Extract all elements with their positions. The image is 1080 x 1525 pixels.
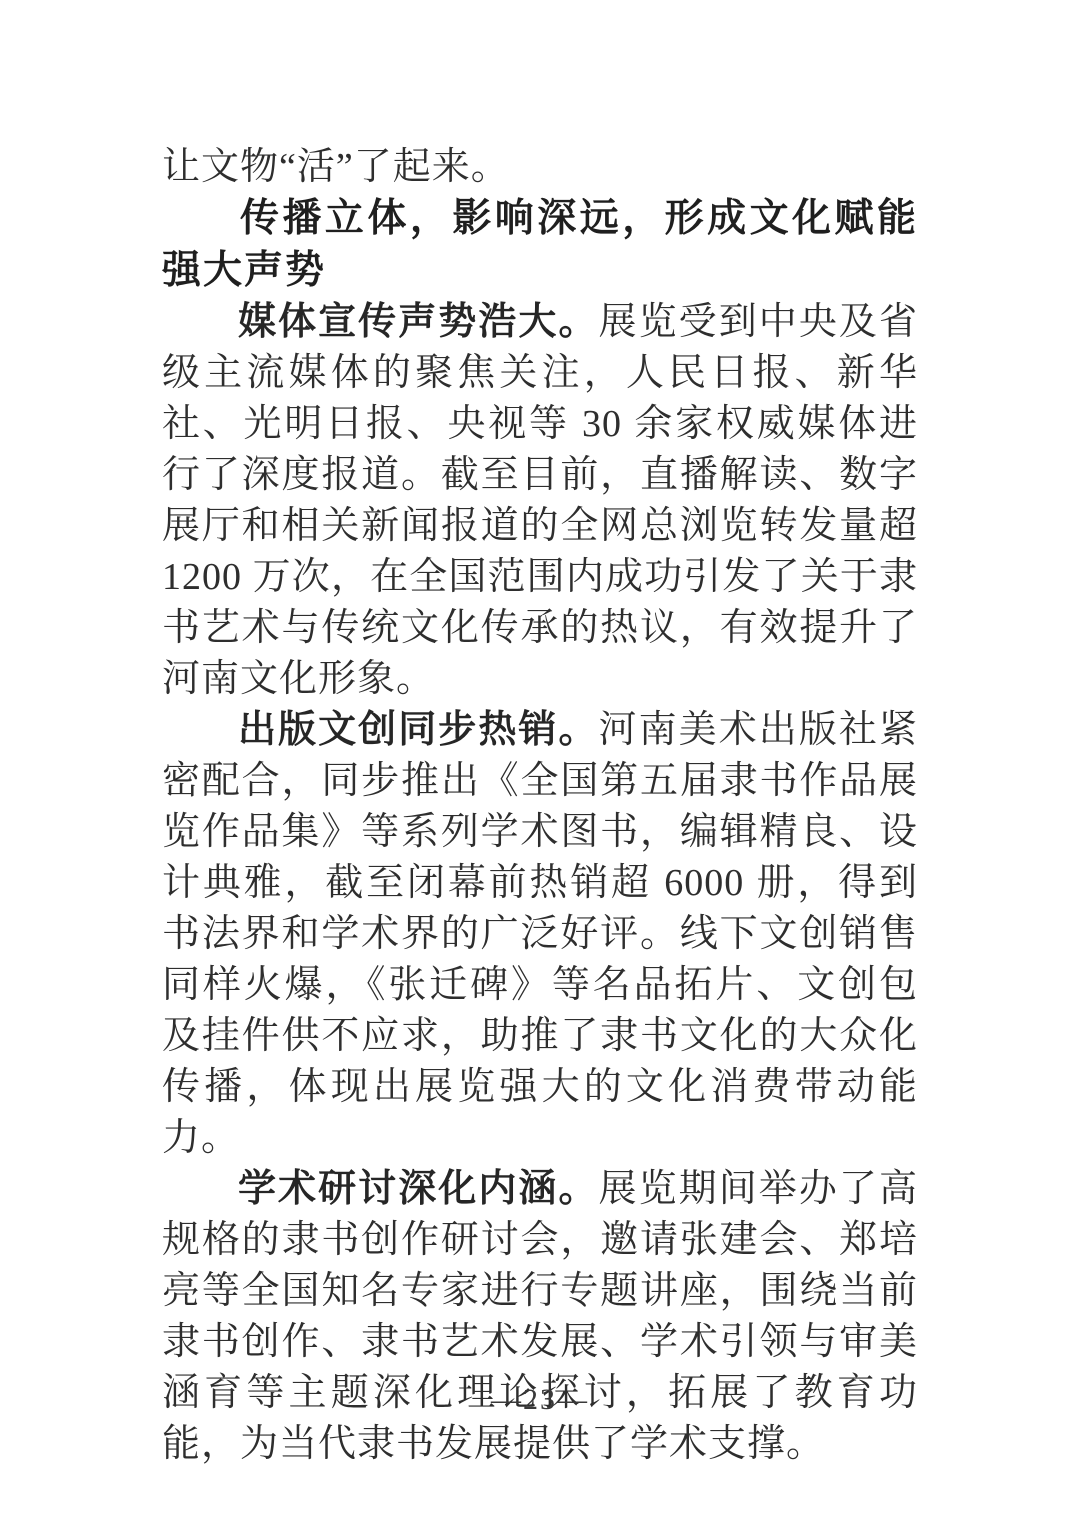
paragraph-lead-academic-seminar: 学术研讨深化内涵。 (238, 1168, 599, 1210)
paragraph-academic-seminar: 学术研讨深化内涵。展览期间举办了高规格的隶书创作研讨会，邀请张建会、郑培亮等全国… (162, 1164, 918, 1470)
paragraph-media-publicity: 媒体宣传声势浩大。展览受到中央及省级主流媒体的聚焦关注，人民日报、新华社、光明日… (162, 297, 918, 705)
section-heading: 传播立体，影响深远，形成文化赋能强大声势 (162, 193, 918, 297)
paragraph-lead-media-publicity: 媒体宣传声势浩大。 (238, 301, 599, 343)
paragraph-body-academic-seminar: 展览期间举办了高规格的隶书创作研讨会，邀请张建会、郑培亮等全国知名专家进行专题讲… (162, 1168, 918, 1465)
paragraph-publishing-sales: 出版文创同步热销。河南美术出版社紧密配合，同步推出《全国第五届隶书作品展览作品集… (162, 705, 918, 1164)
page-text-block: 让文物“活”了起来。 传播立体，影响深远，形成文化赋能强大声势 媒体宣传声势浩大… (162, 142, 918, 1470)
paragraph-lead-publishing-sales: 出版文创同步热销。 (238, 709, 599, 751)
document-page: 让文物“活”了起来。 传播立体，影响深远，形成文化赋能强大声势 媒体宣传声势浩大… (0, 0, 1080, 1525)
paragraph-continuation-line: 让文物“活”了起来。 (162, 142, 918, 193)
paragraph-body-publishing-sales: 河南美术出版社紧密配合，同步推出《全国第五届隶书作品展览作品集》等系列学术图书，… (162, 709, 918, 1159)
paragraph-body-media-publicity: 展览受到中央及省级主流媒体的聚焦关注，人民日报、新华社、光明日报、央视等 30 … (162, 301, 918, 700)
page-number: —23— (0, 1383, 1080, 1417)
